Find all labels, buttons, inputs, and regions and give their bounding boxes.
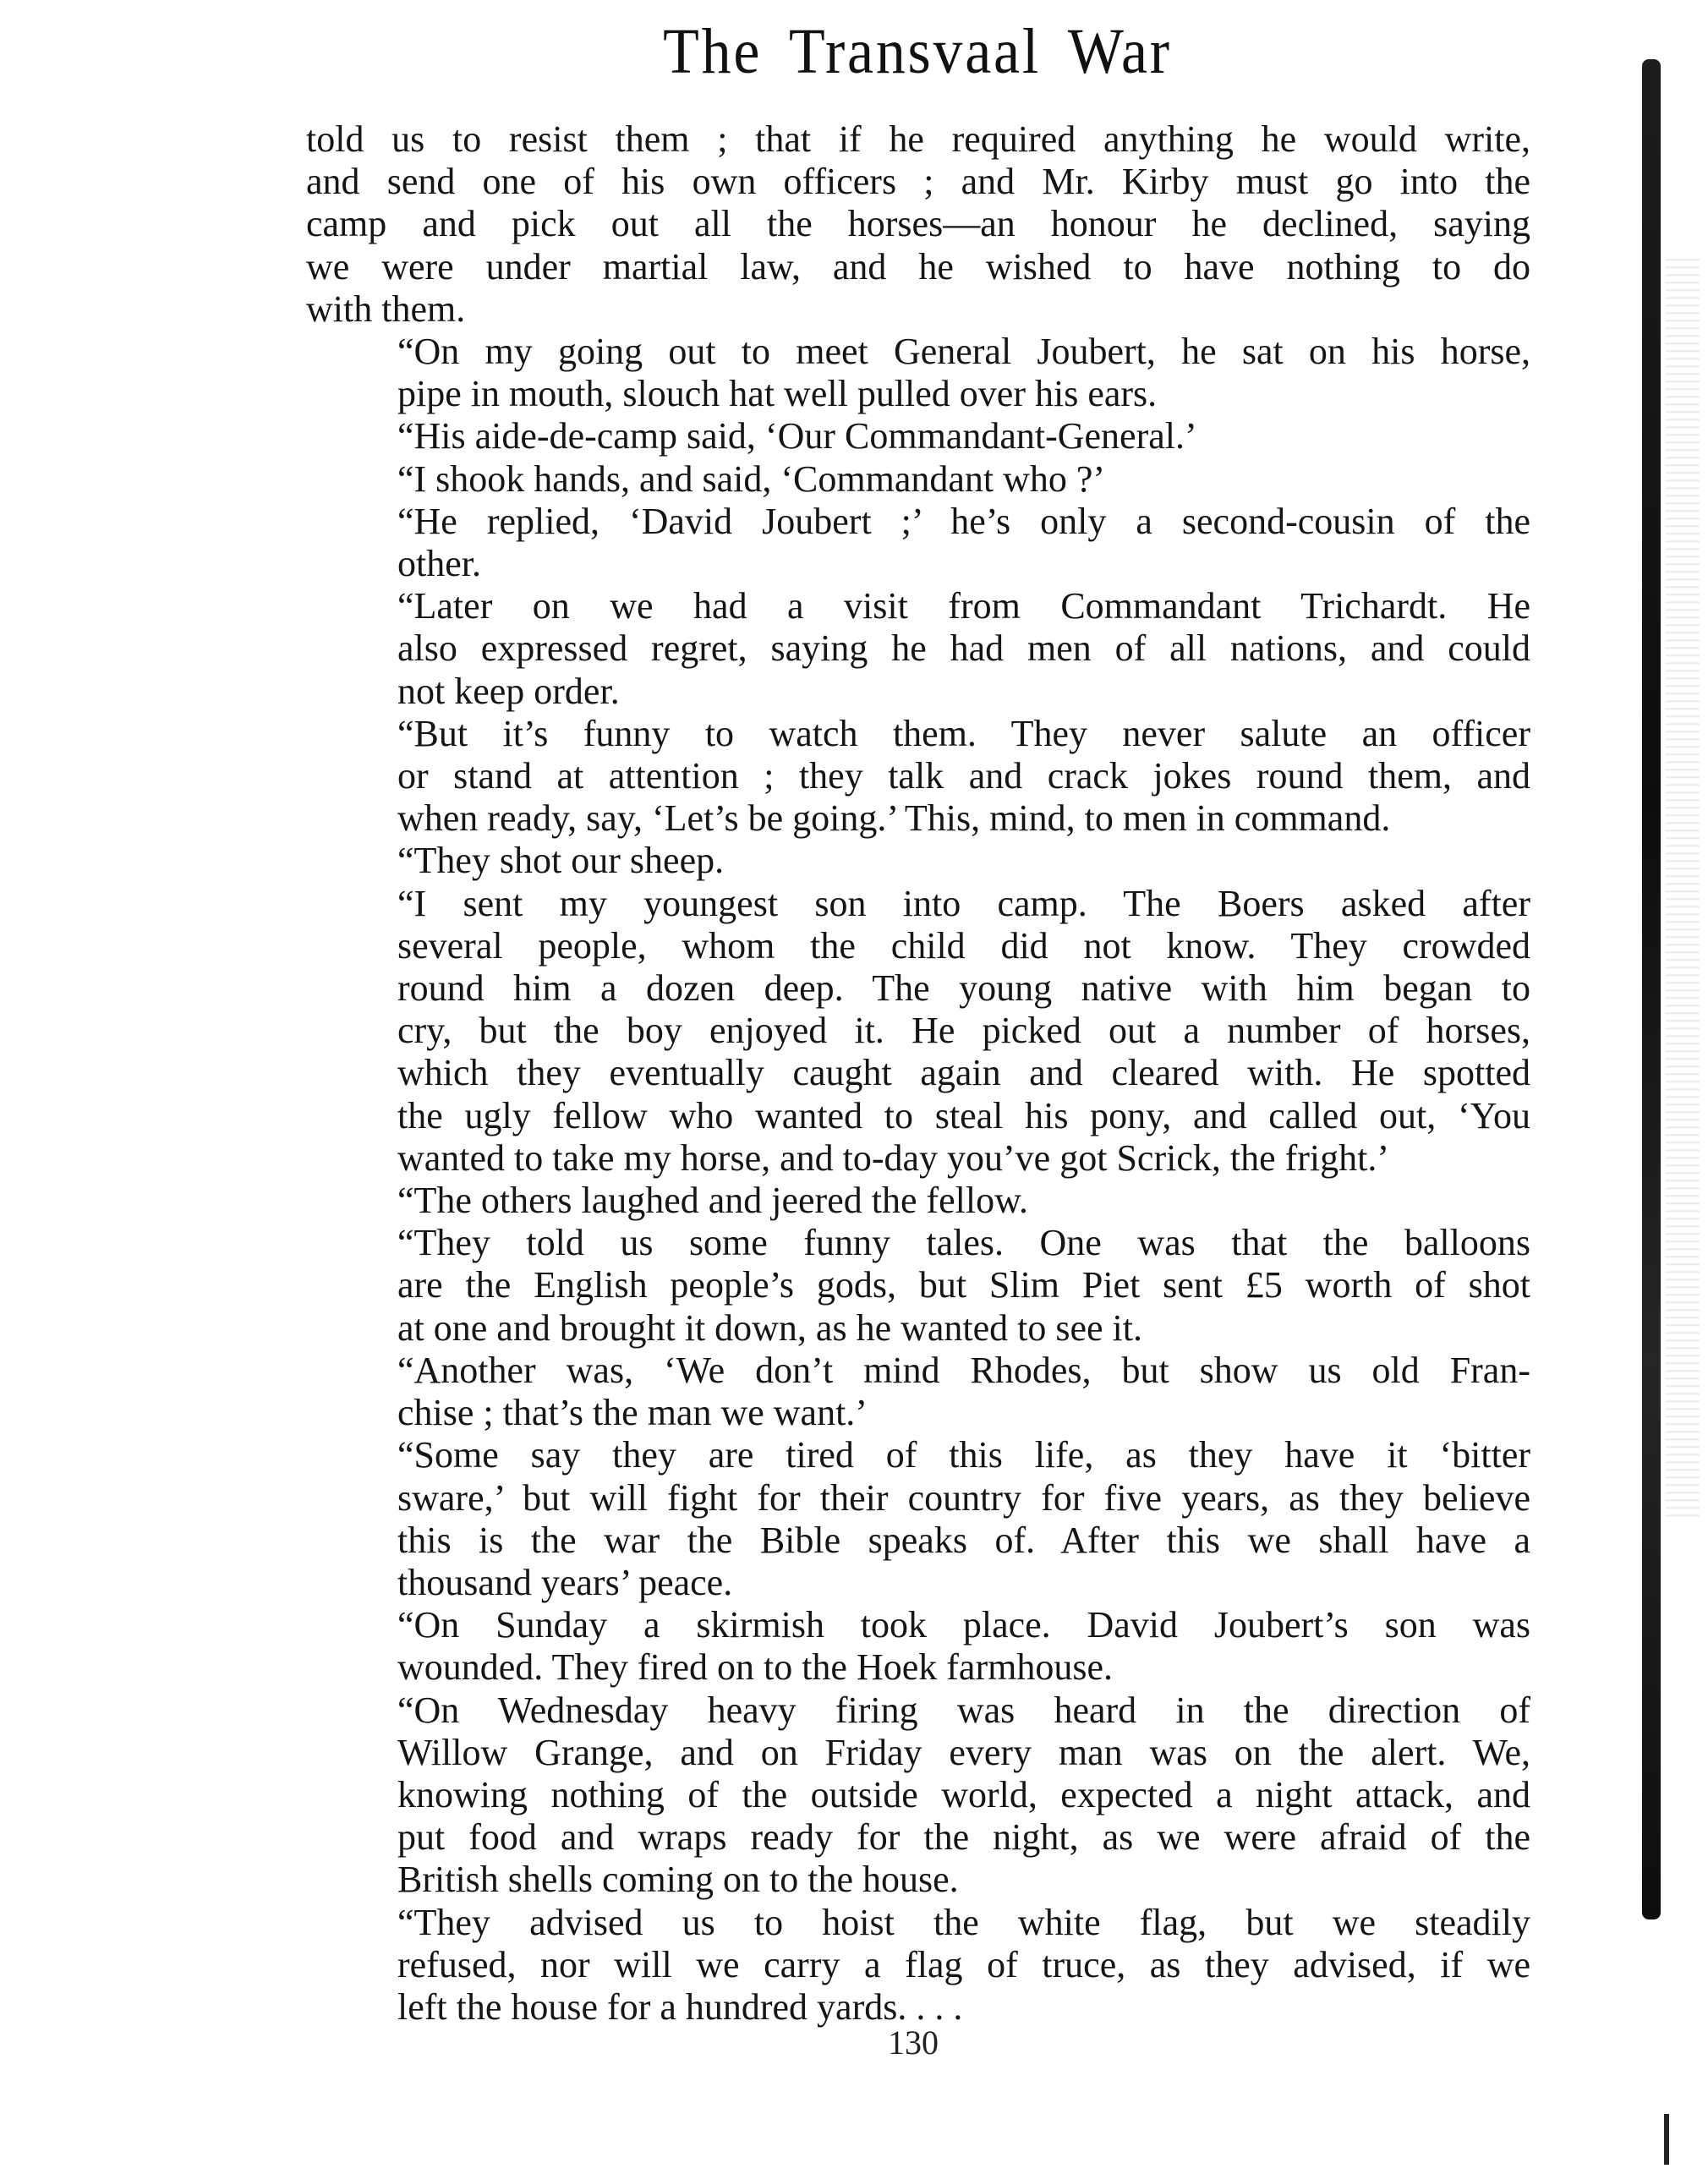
body-text: told us to resist them ; that if he requ… [306,118,1530,2029]
paragraph: “Later on we had a visit from Commandant… [306,585,1530,713]
text-line: wounded. They fired on to the Hoek farmh… [306,1646,1530,1689]
text-line: “On Wednesday heavy firing was heard in … [306,1689,1530,1732]
text-line: we were under martial law, and he wished… [306,246,1530,288]
paragraph: “Another was, ‘We don’t mind Rhodes, but… [306,1350,1530,1434]
text-line: “On Sunday a skirmish took place. David … [306,1604,1530,1646]
paragraph: “On my going out to meet General Joubert… [306,331,1530,415]
text-line: told us to resist them ; that if he requ… [306,118,1530,161]
text-line: which they eventually caught again and c… [306,1052,1530,1094]
text-line: “I shook hands, and said, ‘Commandant wh… [306,458,1530,501]
paragraph: “He replied, ‘David Joubert ;’ he’s only… [306,501,1530,585]
text-line: “Later on we had a visit from Commandant… [306,585,1530,627]
paragraph: “But it’s funny to watch them. They neve… [306,713,1530,841]
text-line: and send one of his own officers ; and M… [306,161,1530,203]
text-line: with them. [306,288,1530,331]
paragraph: “I sent my youngest son into camp. The B… [306,883,1530,1180]
text-line: “I sent my youngest son into camp. The B… [306,883,1530,925]
text-line: refused, nor will we carry a flag of tru… [306,1944,1530,1986]
text-line: knowing nothing of the outside world, ex… [306,1774,1530,1816]
text-line: “But it’s funny to watch them. They neve… [306,713,1530,755]
text-line: pipe in mouth, slouch hat well pulled ov… [306,373,1530,415]
binding-shadow [1642,59,1661,1919]
text-line: when ready, say, ‘Let’s be going.’ This,… [306,797,1530,840]
page-number: 130 [879,2023,947,2062]
text-line: “They shot our sheep. [306,840,1530,882]
text-line: wanted to take my horse, and to-day you’… [306,1137,1530,1180]
text-line: chise ; that’s the man we want.’ [306,1392,1530,1434]
paragraph: “His aide-de-camp said, ‘Our Commandant-… [306,415,1530,457]
paragraph: “The others laughed and jeered the fello… [306,1180,1530,1222]
text-line: “His aide-de-camp said, ‘Our Commandant-… [306,415,1530,457]
text-line: are the English people’s gods, but Slim … [306,1264,1530,1306]
text-line: at one and brought it down, as he wanted… [306,1307,1530,1350]
text-line: camp and pick out all the horses—an hono… [306,203,1530,245]
paragraph: “They shot our sheep. [306,840,1530,882]
text-line: round him a dozen deep. The young native… [306,967,1530,1010]
paragraph: “They advised us to hoist the white flag… [306,1902,1530,2029]
text-line: also expressed regret, saying he had men… [306,627,1530,670]
text-line: not keep order. [306,671,1530,713]
text-line: “The others laughed and jeered the fello… [306,1180,1530,1222]
text-line: other. [306,543,1530,585]
text-line: British shells coming on to the house. [306,1859,1530,1901]
text-line: this is the war the Bible speaks of. Aft… [306,1520,1530,1562]
text-line: Willow Grange, and on Friday every man w… [306,1732,1530,1774]
paragraph: “Some say they are tired of this life, a… [306,1434,1530,1604]
binding-tail-mark [1664,2114,1669,2165]
text-line: “On my going out to meet General Joubert… [306,331,1530,373]
text-line: sware,’ but will fight for their country… [306,1477,1530,1520]
text-line: or stand at attention ; they talk and cr… [306,755,1530,797]
text-line: “They advised us to hoist the white flag… [306,1902,1530,1944]
text-line: put food and wraps ready for the night, … [306,1816,1530,1859]
scan-speckle [1666,254,1700,1522]
running-head: The Transvaal War [509,15,1326,89]
paragraph: “They told us some funny tales. One was … [306,1222,1530,1350]
text-line: “Another was, ‘We don’t mind Rhodes, but… [306,1350,1530,1392]
paragraph: “On Wednesday heavy firing was heard in … [306,1689,1530,1902]
text-line: several people, whom the child did not k… [306,925,1530,967]
text-line: the ugly fellow who wanted to steal his … [306,1095,1530,1137]
text-line: thousand years’ peace. [306,1562,1530,1604]
paragraph: “On Sunday a skirmish took place. David … [306,1604,1530,1689]
text-line: “Some say they are tired of this life, a… [306,1434,1530,1476]
paragraph: told us to resist them ; that if he requ… [306,118,1530,331]
text-line: “They told us some funny tales. One was … [306,1222,1530,1264]
paragraph: “I shook hands, and said, ‘Commandant wh… [306,458,1530,501]
book-page: The Transvaal War told us to resist them… [0,0,1708,2174]
text-line: cry, but the boy enjoyed it. He picked o… [306,1010,1530,1052]
text-line: “He replied, ‘David Joubert ;’ he’s only… [306,501,1530,543]
